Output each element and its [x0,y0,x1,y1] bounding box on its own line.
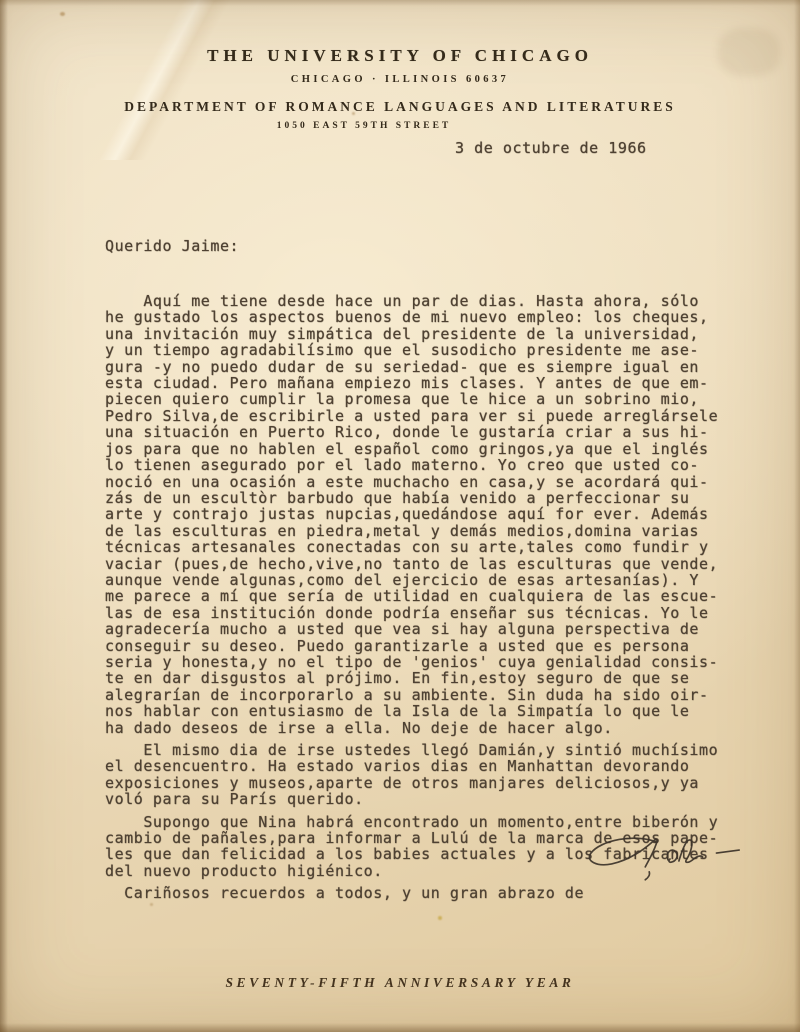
signature-scrawl [585,828,753,888]
city-line: CHICAGO · ILLINOIS 60637 [0,74,800,85]
paper-edge-shading [0,0,800,6]
signature-handwriting [585,828,753,888]
paper-edge-shading [794,0,800,1032]
foxing-spot [60,12,65,16]
letter-paragraph: El mismo dia de irse ustedes llegó Damiá… [105,742,755,808]
letter-paragraph: Aquí me tiene desde hace un par de dias.… [105,293,755,736]
department-name: DEPARTMENT OF ROMANCE LANGUAGES AND LITE… [0,99,800,115]
letter-paragraphs: Aquí me tiene desde hace un par de dias.… [105,293,755,902]
anniversary-footer: SEVENTY-FIFTH ANNIVERSARY YEAR [0,975,800,991]
letterhead: THE UNIVERSITY OF CHICAGO CHICAGO · ILLI… [0,46,800,131]
paper-edge-shading [0,1023,800,1032]
paper-edge-shading [0,0,8,1032]
salutation: Querido Jaime: [105,238,755,254]
letter-body: Querido Jaime: Aquí me tiene desde hace … [105,205,755,934]
letter-page: THE UNIVERSITY OF CHICAGO CHICAGO · ILLI… [0,0,800,1032]
letter-date: 3 de octubre de 1966 [455,139,647,157]
street-address: 1050 EAST 59TH STREET [0,121,764,131]
university-name: THE UNIVERSITY OF CHICAGO [0,46,800,66]
